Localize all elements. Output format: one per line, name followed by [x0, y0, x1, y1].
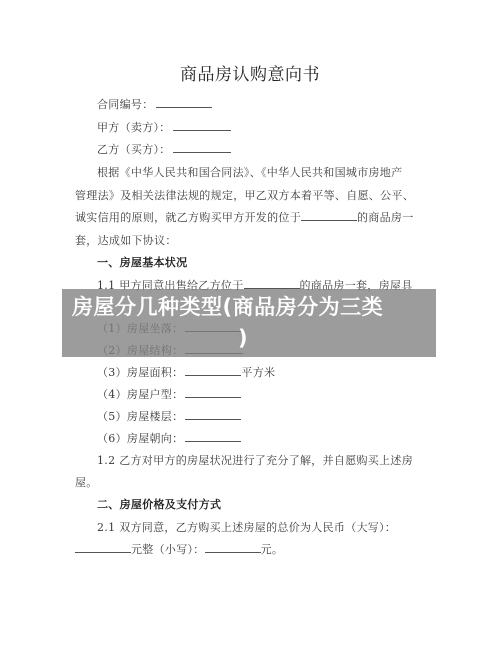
item-6: （6）房屋朝向： — [97, 430, 241, 446]
location-blank[interactable] — [301, 211, 357, 221]
intro-line-1: 根据《中华人民共和国合同法》、《中华人民共和国城市房地产 — [97, 164, 402, 180]
buyer-blank[interactable] — [173, 143, 231, 153]
item-4: （4）房屋户型： — [97, 386, 241, 402]
buyer-field: 乙方（买方）： — [97, 141, 231, 157]
seller-field: 甲方（卖方）： — [97, 119, 231, 135]
item-5: （5）房屋楼层： — [97, 408, 241, 424]
overlay-banner-text: 房屋分几种类型(商品房分为三类 ) — [72, 292, 432, 354]
item-5-label: （5）房屋楼层： — [97, 410, 183, 423]
item-4-blank[interactable] — [185, 388, 241, 398]
item-3-label: （3）房屋面积： — [97, 366, 183, 379]
clause-2-1-line-1: 2.1 双方同意，乙方购买上述房屋的总价为人民币（大写）： — [97, 519, 396, 535]
clause-2-1-end: 元。 — [261, 543, 284, 556]
intro-line-2: 管理法》及相关法律法规的规定，甲乙双方本着平等、自愿、公平、 — [75, 187, 414, 203]
seller-label: 甲方（卖方）： — [97, 121, 171, 134]
contract-number-label: 合同编号： — [97, 98, 154, 111]
intro-line-3-post: 的商品房一 — [357, 211, 414, 224]
section-1-heading: 一、房屋基本状况 — [97, 254, 187, 270]
buyer-label: 乙方（买方）： — [97, 143, 171, 156]
item-3-blank[interactable] — [185, 366, 241, 376]
document-title: 商品房认购意向书 — [0, 60, 500, 85]
intro-line-4: 套，达成如下协议： — [75, 232, 177, 248]
overlay-banner-line-1: 房屋分几种类型(商品房分为三类 — [72, 295, 383, 319]
price-words-blank[interactable] — [75, 543, 131, 553]
overlay-banner-line-2: ) — [72, 323, 432, 354]
item-6-label: （6）房屋朝向： — [97, 432, 183, 445]
section-2-heading: 二、房屋价格及支付方式 — [97, 496, 221, 512]
clause-1-2-line-1: 1.2 乙方对甲方的房屋状况进行了充分了解，并自愿购买上述房 — [97, 452, 413, 468]
item-3: （3）房屋面积：平方米 — [97, 364, 275, 380]
intro-line-3: 诚实信用的原则，就乙方购买甲方开发的位于的商品房一 — [75, 209, 414, 225]
item-6-blank[interactable] — [185, 432, 241, 442]
item-3-suffix: 平方米 — [241, 366, 275, 379]
contract-number-blank[interactable] — [156, 98, 212, 108]
item-5-blank[interactable] — [185, 410, 241, 420]
clause-1-1-blank[interactable] — [244, 279, 300, 289]
item-4-label: （4）房屋户型： — [97, 388, 183, 401]
price-number-blank[interactable] — [205, 543, 261, 553]
intro-line-3-pre: 诚实信用的原则，就乙方购买甲方开发的位于 — [75, 211, 301, 224]
clause-2-1-mid: 元整（小写）： — [131, 543, 205, 556]
clause-2-1-line-2: 元整（小写）：元。 — [75, 541, 283, 557]
contract-number-field: 合同编号： — [97, 96, 212, 112]
seller-blank[interactable] — [173, 121, 231, 131]
clause-1-2-line-2: 屋。 — [75, 474, 98, 490]
